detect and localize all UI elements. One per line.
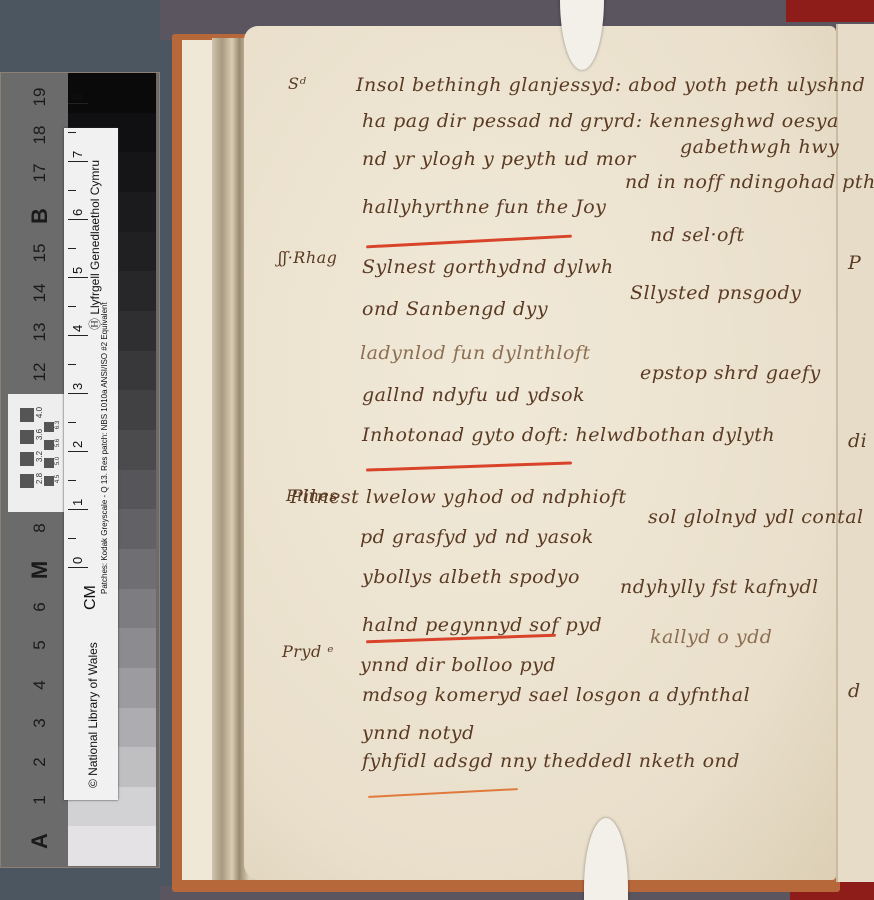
resolution-bar [44,422,54,432]
resolution-bar [20,430,34,444]
scale-label: 19 [30,83,50,111]
ruler-number: 5 [70,267,85,274]
scale-label: B [27,202,53,230]
margin-note: Pryd ᵉ [282,642,334,661]
manuscript-line: pd grasfyd yd nd yasok [360,526,594,548]
resolution-bar [20,452,34,466]
manuscript-line: nd sel·oft [650,224,745,246]
ruler-tick [68,451,88,452]
copyright-label: © National Library of Wales [86,642,100,788]
manuscript-line: epstop shrd gaefy [640,362,821,384]
resolution-label: 3.6 [35,429,44,440]
ruler-tick [68,393,88,394]
manuscript-line: ndyhylly fst kafnydl [620,576,819,598]
ruler-number: 3 [70,383,85,390]
facing-page-fragment: d [848,680,861,702]
resolution-label: 2.8 [35,473,44,484]
manuscript-line: ynnd dir bolloo pyd [360,654,556,676]
scale-label: 15 [30,239,50,267]
ruler-number: 0 [70,557,85,564]
ruler-tick [68,335,88,336]
resolution-label: 6.3 [55,421,61,429]
ruler-tick [68,567,88,568]
resolution-label: 5.6 [55,439,61,447]
ruler-half-tick [68,132,76,133]
manuscript-line: sol glolnyd ydl contal [648,506,864,528]
scale-label: 14 [30,279,50,307]
ruler-half-tick [68,422,76,423]
manuscript-line: nd yr ylogh y peyth ud mor [362,148,636,170]
manuscript-line: nd in noff ndingohad pth [625,171,874,193]
manuscript-line: Sllysted pnsgody [630,282,801,304]
margin-note: Pilnes [286,486,338,505]
resolution-label: 5.0 [55,457,61,465]
manuscript-line: mdsog komeryd sael losgon a dyfnthal [362,684,750,706]
ruler-unit: CM [82,585,100,610]
resolution-bar [44,458,54,468]
resolution-label: 3.2 [35,451,44,462]
scale-label: 5 [30,631,50,659]
manuscript-line: ladynlod fun dylnthloft [360,342,591,364]
ruler-half-tick [68,364,76,365]
manuscript-line: ynnd notyd [362,722,475,744]
resolution-bar [20,408,34,422]
ruler-half-tick [68,538,76,539]
scale-label: 4 [30,671,50,699]
ruler-tick [68,509,88,510]
manuscript-line: Inhotonad gyto doft: helwdbothan dylyth [362,424,775,446]
resolution-bar [20,474,34,488]
manuscript-line: hallyhyrthne fun the Joy [362,196,606,218]
ruler-tick [68,161,88,162]
resolution-label: 4.0 [35,407,44,418]
facing-page-fragment: P [848,252,861,274]
scale-label: 18 [30,121,50,149]
scale-label: 6 [30,593,50,621]
manuscript-line: Sylnest gorthydnd dylwh [362,256,614,278]
manuscript-line: Pilnest lwelow yghod od ndphioft [290,486,627,508]
margin-note: Sᵈ [288,74,306,93]
margin-note: ʃʃ·Rhag [278,248,337,267]
facing-page [836,24,874,882]
manuscript-line: gallnd ndyfu ud ydsok [362,384,585,406]
scale-label: 13 [30,318,50,346]
scale-label: M [27,556,53,584]
manuscript-line: ybollys albeth spodyo [362,566,580,588]
resolution-bar [44,476,54,486]
red-cloth-top [786,0,874,22]
resolution-label: 4.5 [55,475,61,483]
manuscript-line: ond Sanbengd dyy [362,298,548,320]
scale-label: A [27,827,53,855]
ruler-number: 7 [70,151,85,158]
manuscript-line: fyhfidl adsgd nny theddedl nketh ond [362,750,740,772]
manuscript-line: kallyd o ydd [650,626,772,648]
ruler-number: 2 [70,441,85,448]
manuscript-line: Insol bethingh glanjessyd: abod yoth pet… [356,74,865,96]
ruler-number: 8 [70,93,85,100]
manuscript-line: halnd pegynnyd sof pyd [362,614,602,636]
ruler-number: 6 [70,209,85,216]
scale-label: 3 [30,709,50,737]
manuscript-line: gabethwgh hwy [680,136,839,158]
scale-label: 17 [30,159,50,187]
welsh-library-name: Ⓗ Llyfrgell Genedlaethol Cymru [86,160,103,330]
patches-note: Patches: Kodak Greyscale - Q 13. Res pat… [100,302,109,594]
scale-label: 2 [30,748,50,776]
ruler-tick [68,103,88,104]
resolution-bar [44,440,54,450]
ruler-number: 4 [70,325,85,332]
manuscript-line: ha pag dir pessad nd gryrd: kennesghwd o… [362,110,839,132]
ruler-tick [68,277,88,278]
facing-page-fragment: di [848,430,867,452]
cm-ruler: © National Library of Wales CM 012345678… [64,128,118,800]
ruler-number: 1 [70,499,85,506]
grey-patch [68,826,156,866]
ruler-half-tick [68,190,76,191]
ruler-tick [68,219,88,220]
ruler-half-tick [68,480,76,481]
ruler-half-tick [68,306,76,307]
resolution-patch: 2.83.23.64.04.55.05.66.3 [8,394,64,512]
scale-label: 1 [30,786,50,814]
ruler-half-tick [68,248,76,249]
scale-label: 8 [30,514,50,542]
scale-label: 12 [30,358,50,386]
